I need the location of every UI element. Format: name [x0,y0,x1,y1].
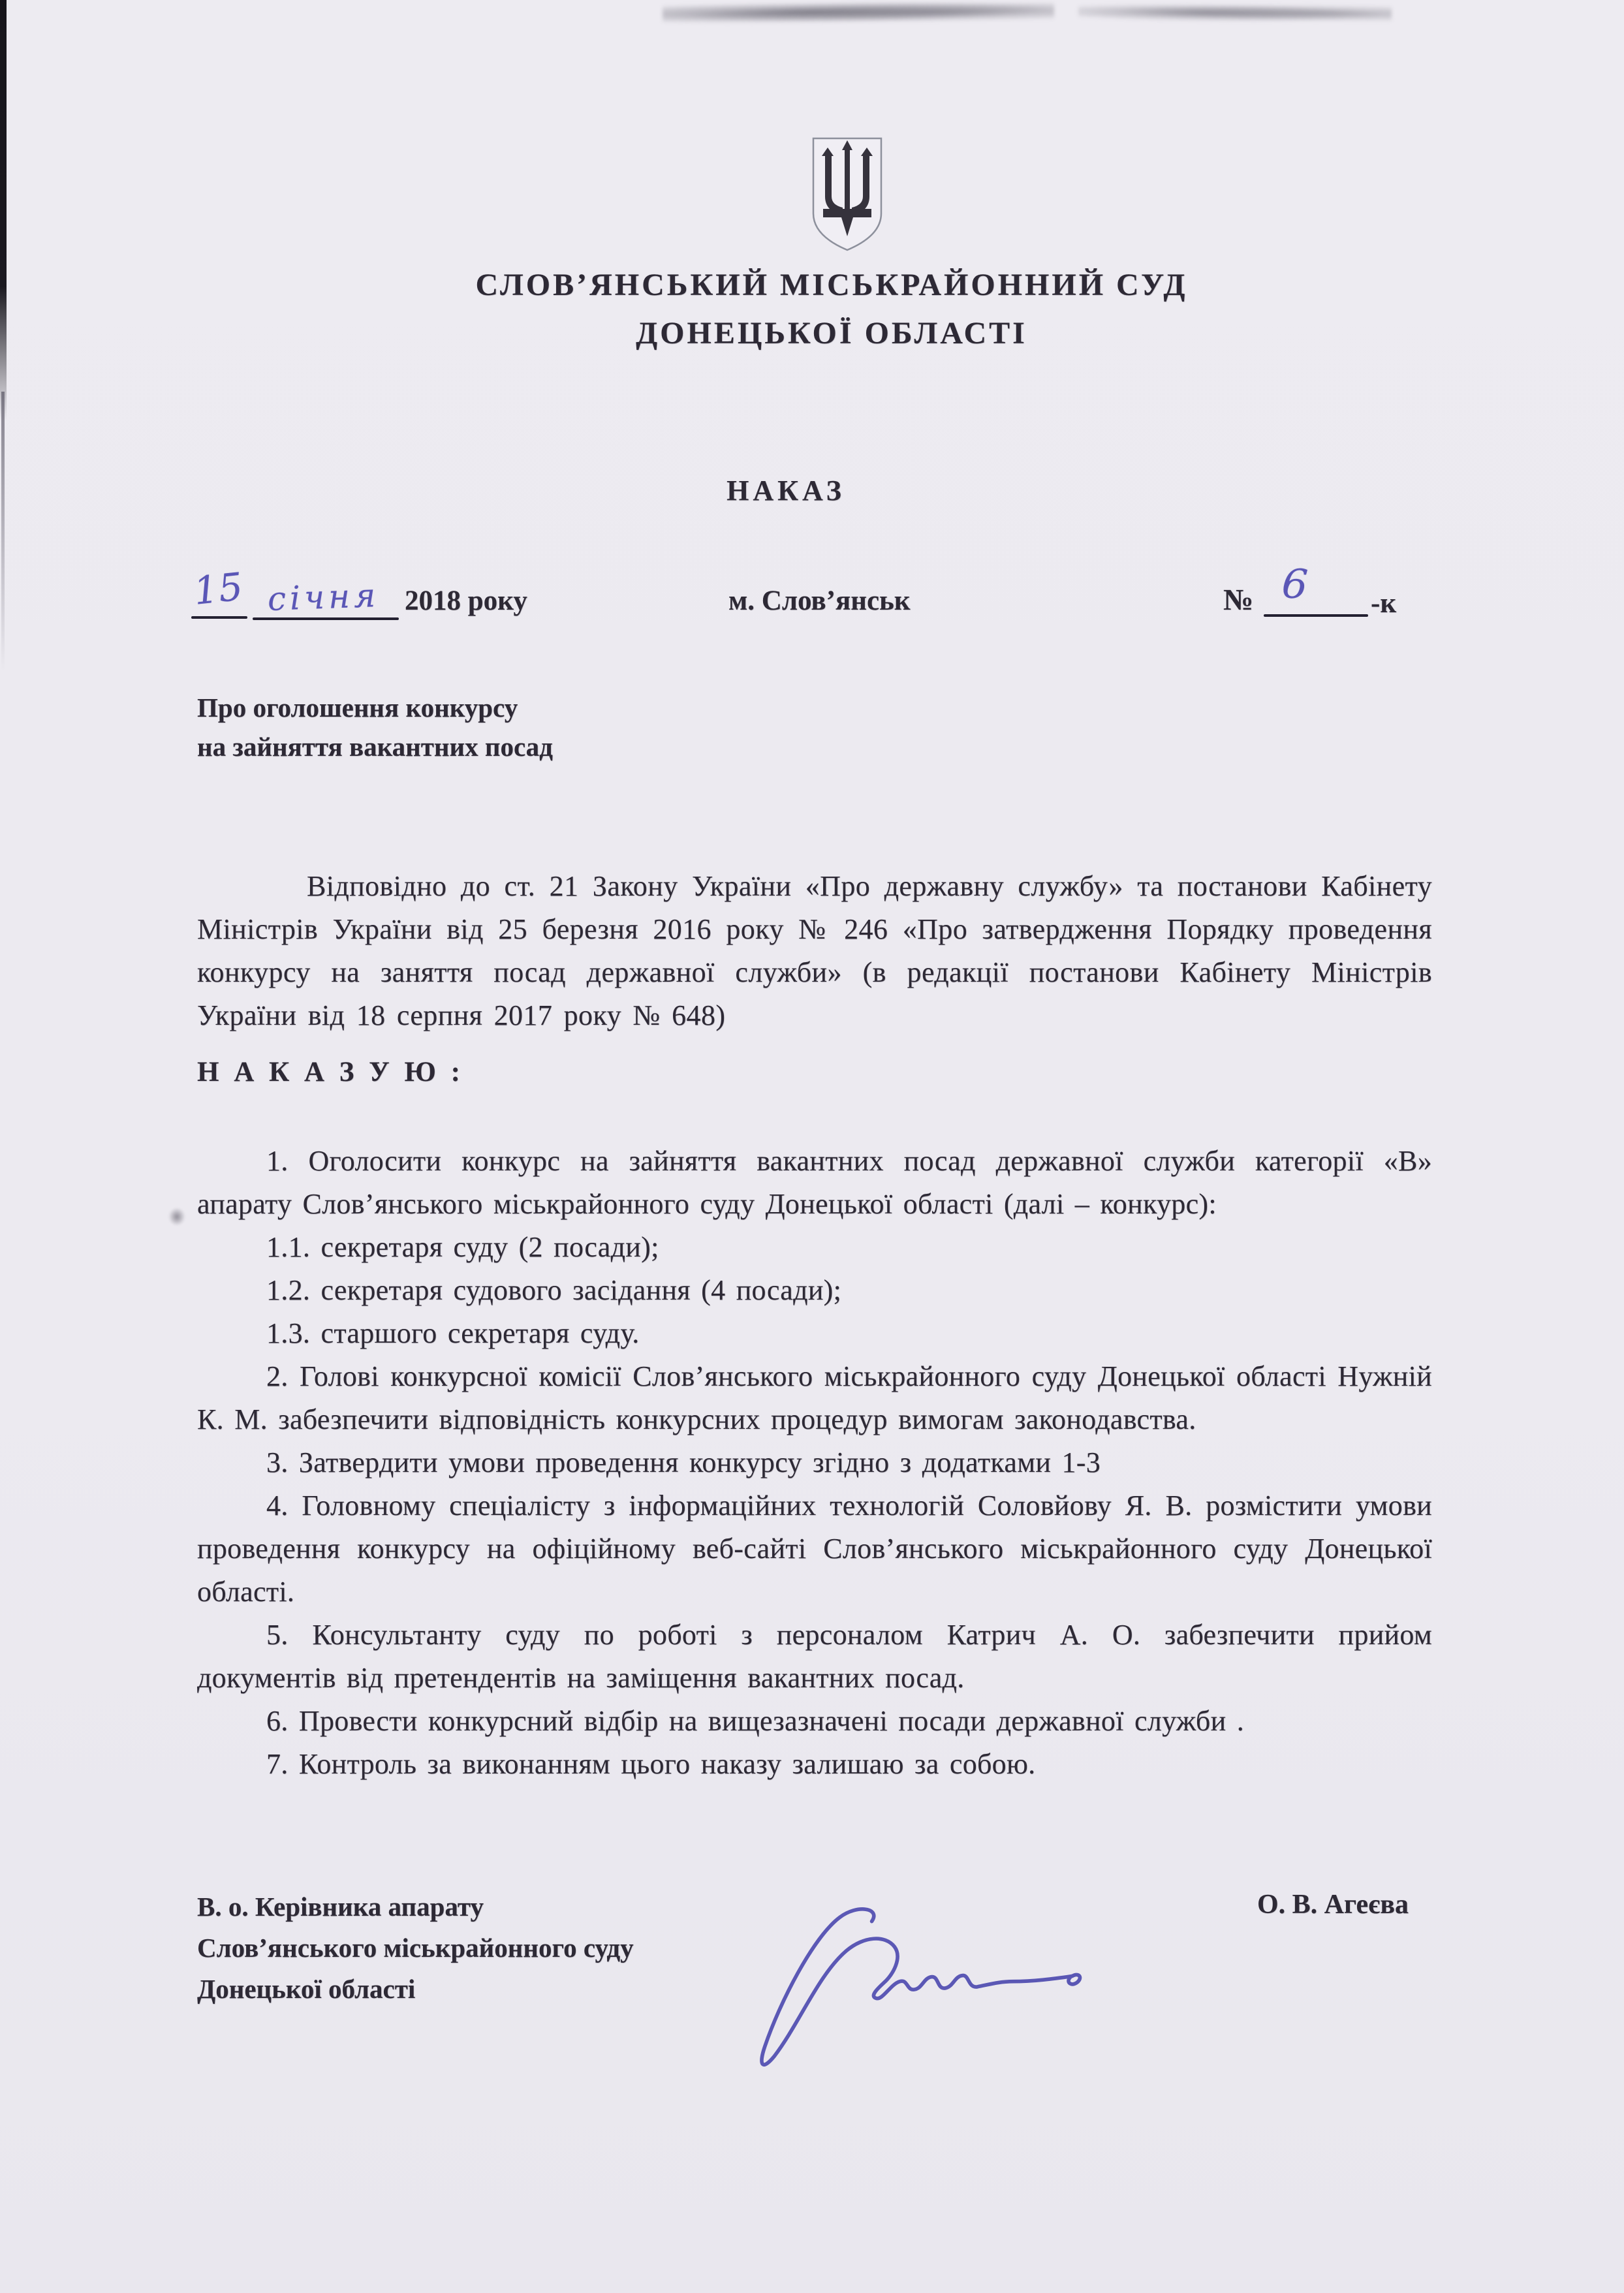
subject-line1: Про оголошення конкурсу [197,688,553,727]
preamble-paragraph: Відповідно до ст. 21 Закону України «Про… [197,865,1432,1037]
date-day-underline [191,616,247,619]
order-item-5: 5. Консультанту суду по роботі з персона… [197,1614,1432,1700]
court-name-header: СЛОВ’ЯНСЬКИЙ МІСЬКРАЙОННИЙ СУД ДОНЕЦЬКОЇ… [20,261,1624,358]
number-suffix: -к [1371,587,1396,619]
document-subject: Про оголошення конкурсу на зайняття вака… [197,688,553,766]
order-item-6: 6. Провести конкурсний відбір на вищезаз… [197,1700,1432,1743]
document-title: НАКАЗ [0,474,1598,507]
scan-edge-artifact-faint [1,392,5,672]
court-name-line1: СЛОВ’ЯНСЬКИЙ МІСЬКРАЙОННИЙ СУД [20,261,1624,309]
order-item-1-1: 1.1. секретаря суду (2 посади); [197,1226,1432,1269]
order-item-7: 7. Контроль за виконанням цього наказу з… [197,1743,1432,1786]
court-name-line2: ДОНЕЦЬКОЇ ОБЛАСТІ [20,309,1624,358]
scan-smudge-artifact [1078,2,1392,23]
scan-edge-artifact [0,0,7,421]
signer-title-line3: Донецької області [197,1969,634,2010]
scan-speck-artifact [168,1208,185,1226]
number-sign: № [1223,582,1253,617]
order-item-3: 3. Затвердити умови проведення конкурсу … [197,1441,1432,1484]
order-item-1-3: 1.3. старшого секретаря суду. [197,1312,1432,1355]
scanned-order-document: СЛОВ’ЯНСЬКИЙ МІСЬКРАЙОННИЙ СУД ДОНЕЦЬКОЇ… [0,0,1624,2293]
order-item-2: 2. Голові конкурсної комісії Слов’янсько… [197,1355,1432,1441]
signer-title-line2: Слов’янського міськрайонного суду [197,1927,634,1969]
scan-smudge-artifact [663,0,1054,25]
place-label: м. Слов’янськ [728,585,911,617]
signer-name: О. В. Агеєва [1257,1889,1409,1920]
printed-year: 2018 року [405,585,527,617]
ukraine-trident-emblem [809,136,885,253]
number-underline [1264,614,1368,617]
order-item-4: 4. Головному спеціалісту з інформаційних… [197,1484,1432,1614]
order-word: Н А К А З У Ю : [197,1056,464,1088]
handwritten-order-number: 6 [1281,559,1309,609]
handwritten-month: січня [267,576,380,618]
order-item-1-2: 1.2. секретаря судового засідання (4 пос… [197,1269,1432,1312]
signer-title: В. о. Керівника апарату Слов’янського мі… [197,1886,634,2010]
signer-title-line1: В. о. Керівника апарату [197,1886,634,1927]
order-item-1: 1. Оголосити конкурс на зайняття вакантн… [197,1140,1432,1226]
handwritten-day: 15 [192,564,246,614]
order-items: 1. Оголосити конкурс на зайняття вакантн… [197,1140,1432,1786]
subject-line2: на зайняття вакантних посад [197,727,553,766]
handwritten-signature [740,1901,1087,2078]
